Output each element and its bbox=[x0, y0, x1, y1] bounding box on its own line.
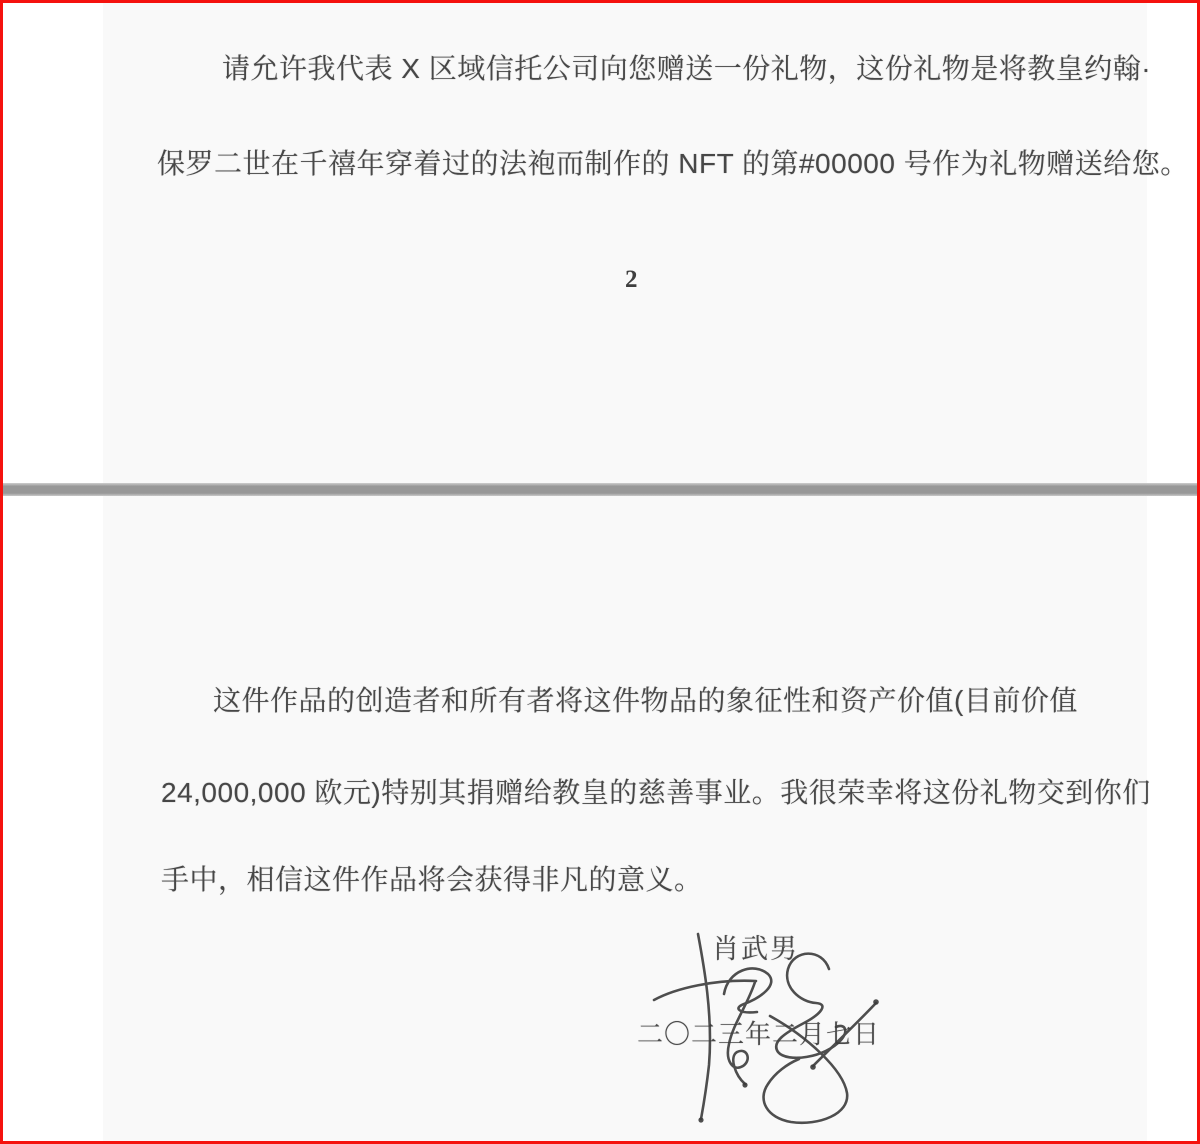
paragraph-line: 请允许我代表 X 区域信托公司向您赠送一份礼物，这份礼物是将教皇约翰· bbox=[222, 47, 1151, 87]
page-number: 2 bbox=[625, 266, 638, 294]
signature-icon bbox=[620, 920, 920, 1144]
page-separator-bar bbox=[3, 483, 1197, 496]
paragraph-line: 这件作品的创造者和所有者将这件物品的象征性和资产价值(目前价值 bbox=[213, 679, 1078, 719]
paragraph-line: 保罗二世在千禧年穿着过的法袍而制作的 NFT 的第#00000 号作为礼物赠送给… bbox=[157, 142, 1189, 182]
document-scan-frame: 请允许我代表 X 区域信托公司向您赠送一份礼物，这份礼物是将教皇约翰· 保罗二世… bbox=[0, 0, 1200, 1144]
paragraph-line: 手中，相信这件作品将会获得非凡的意义。 bbox=[161, 858, 703, 898]
paragraph-line: 24,000,000 欧元)特别其捐赠给教皇的慈善事业。我很荣幸将这份礼物交到你… bbox=[161, 771, 1151, 811]
